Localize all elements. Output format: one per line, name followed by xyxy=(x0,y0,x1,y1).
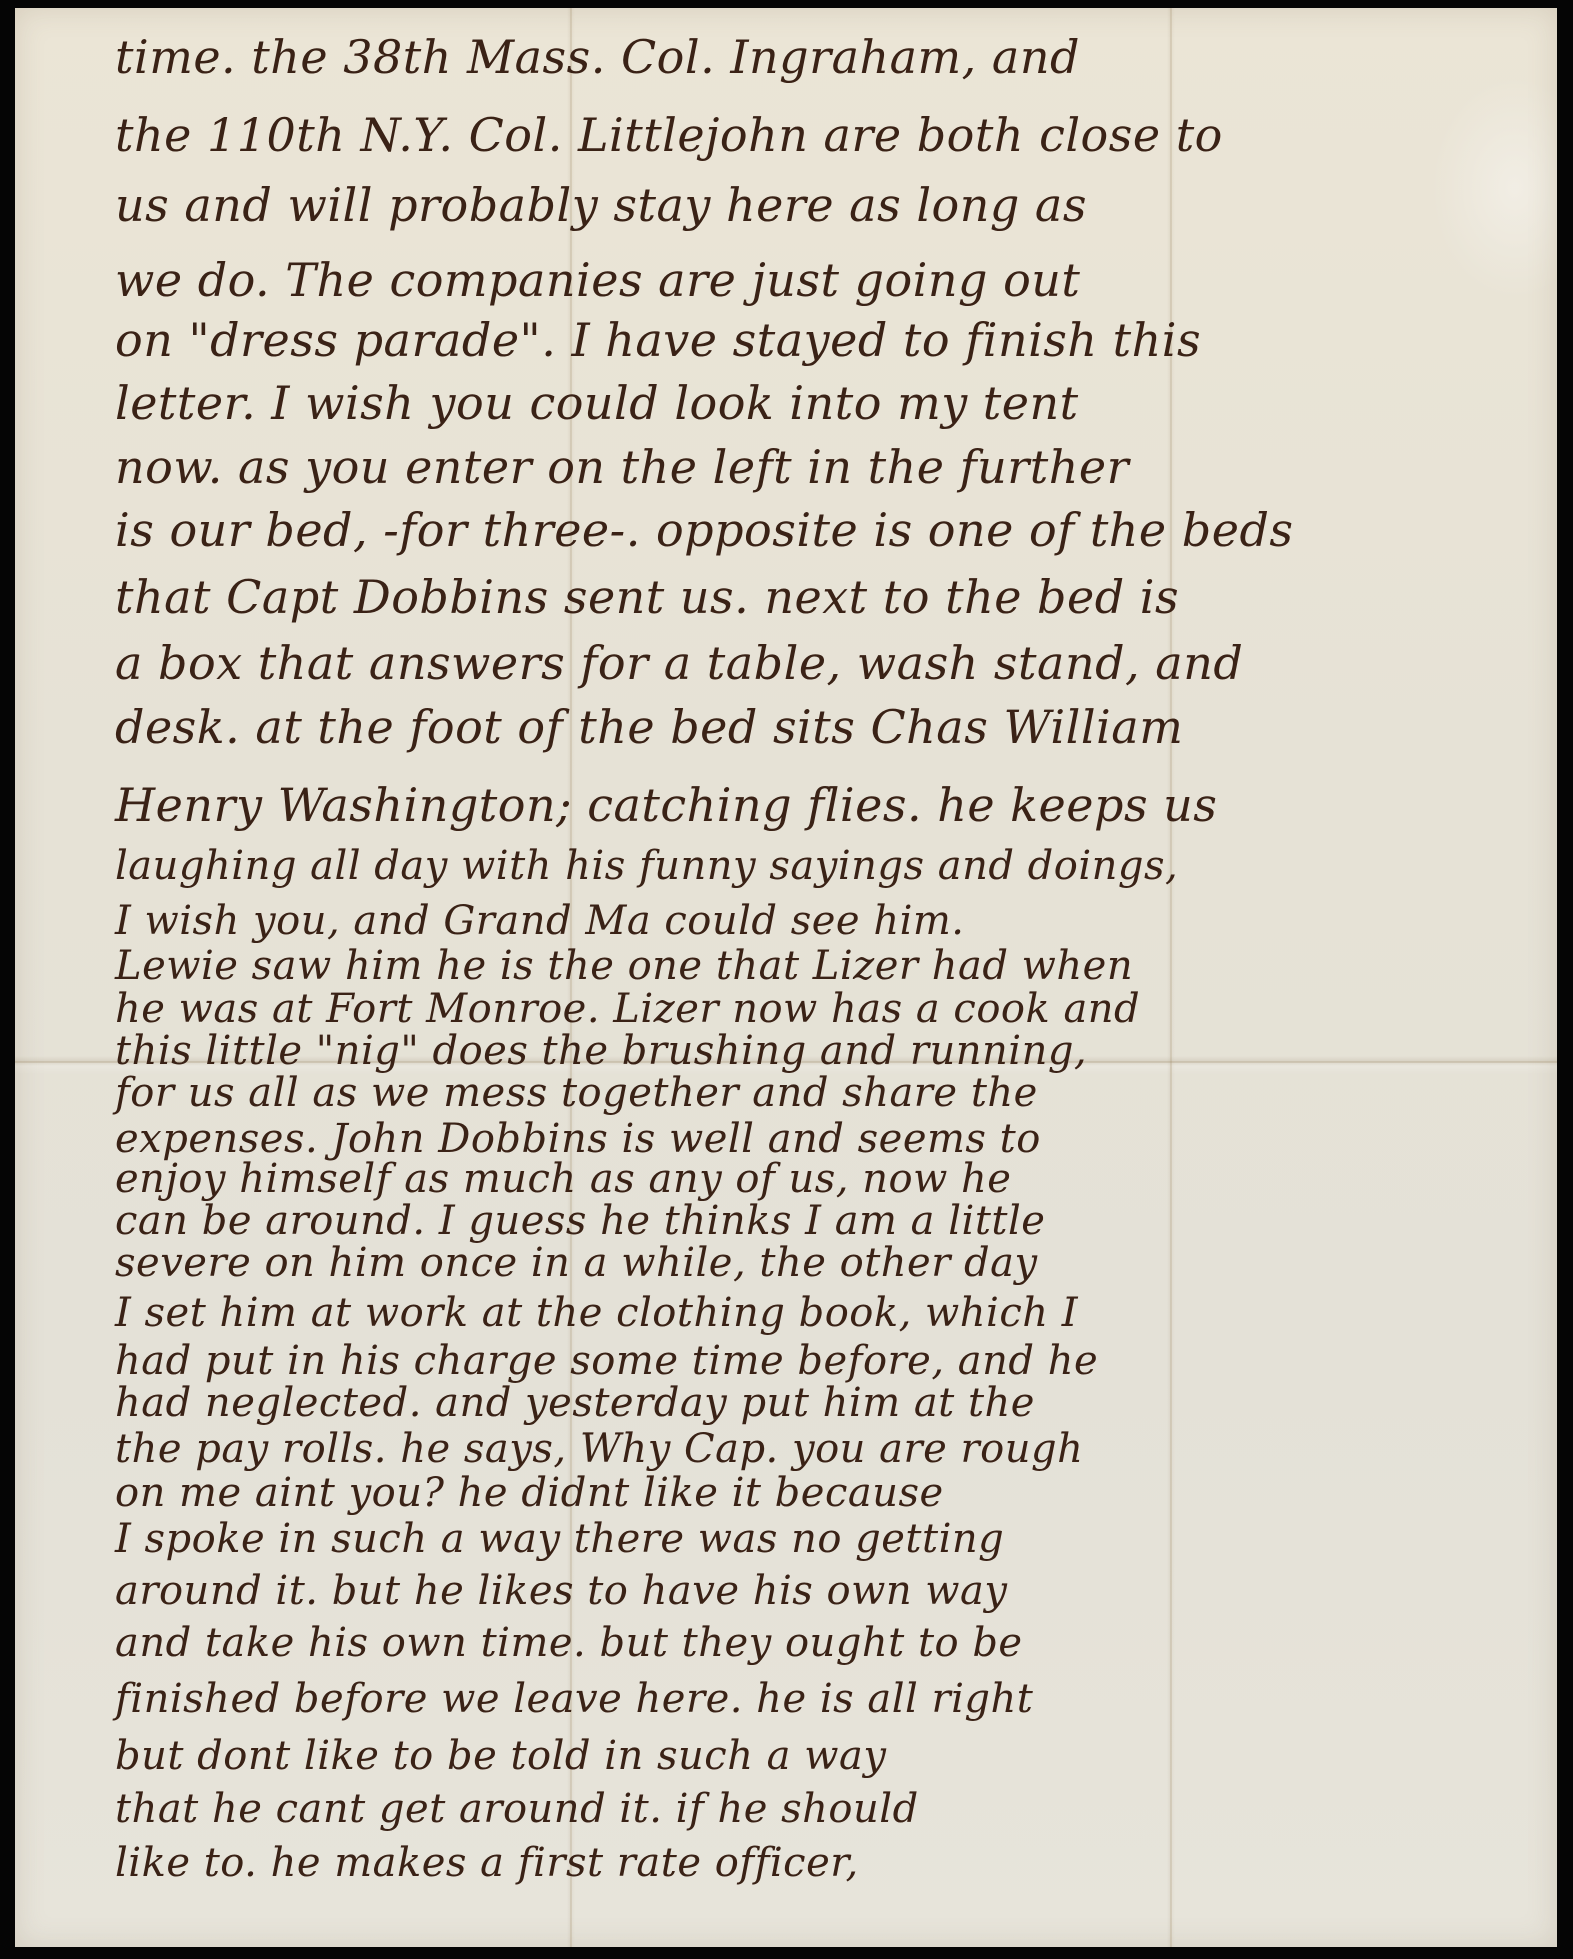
handwritten-line: he was at Fort Monroe. Lizer now has a c… xyxy=(115,986,1140,1032)
handwritten-line: I spoke in such a way there was no getti… xyxy=(115,1516,1004,1562)
handwritten-line: like to. he makes a first rate officer, xyxy=(115,1840,859,1886)
handwritten-line: the 110th N.Y. Col. Littlejohn are both … xyxy=(115,108,1223,162)
handwritten-line: severe on him once in a while, the other… xyxy=(115,1240,1038,1286)
handwritten-line: that Capt Dobbins sent us. next to the b… xyxy=(115,570,1179,624)
handwritten-line: now. as you enter on the left in the fur… xyxy=(115,440,1129,494)
handwritten-line: finished before we leave here. he is all… xyxy=(115,1676,1033,1722)
handwritten-line: enjoy himself as much as any of us, now … xyxy=(115,1156,1011,1202)
handwritten-line: us and will probably stay here as long a… xyxy=(115,178,1087,232)
handwritten-line: I wish you, and Grand Ma could see him. xyxy=(115,898,965,944)
handwritten-line: on "dress parade". I have stayed to fini… xyxy=(115,313,1201,367)
handwritten-line: time. the 38th Mass. Col. Ingraham, and xyxy=(115,30,1080,84)
handwritten-line: desk. at the foot of the bed sits Chas W… xyxy=(115,700,1183,754)
handwritten-line: letter. I wish you could look into my te… xyxy=(115,376,1079,430)
handwritten-line: had neglected. and yesterday put him at … xyxy=(115,1380,1035,1426)
handwritten-line: the pay rolls. he says, Why Cap. you are… xyxy=(115,1426,1083,1472)
handwritten-line: around it. but he likes to have his own … xyxy=(115,1568,1007,1614)
handwritten-line: is our bed, -for three-. opposite is one… xyxy=(115,503,1294,557)
handwritten-line: laughing all day with his funny sayings … xyxy=(115,843,1178,889)
handwritten-line: Lewie saw him he is the one that Lizer h… xyxy=(115,943,1133,989)
handwritten-line: I set him at work at the clothing book, … xyxy=(115,1290,1078,1336)
letter-page: time. the 38th Mass. Col. Ingraham, and … xyxy=(15,8,1557,1947)
handwritten-line: for us all as we mess together and share… xyxy=(115,1070,1038,1116)
handwritten-line: on me aint you? he didnt like it because xyxy=(115,1470,944,1516)
handwritten-line: this little "nig" does the brushing and … xyxy=(115,1028,1087,1074)
handwritten-line: that he cant get around it. if he should xyxy=(115,1786,919,1832)
handwritten-line: we do. The companies are just going out xyxy=(115,253,1080,307)
handwritten-line: had put in his charge some time before, … xyxy=(115,1338,1098,1384)
handwritten-line: but dont like to be told in such a way xyxy=(115,1733,886,1779)
vertical-fold-crease xyxy=(1170,8,1172,1947)
handwritten-line: a box that answers for a table, wash sta… xyxy=(115,636,1243,690)
handwritten-line: Henry Washington; catching flies. he kee… xyxy=(115,778,1217,832)
handwritten-line: and take his own time. but they ought to… xyxy=(115,1620,1023,1666)
handwritten-line: can be around. I guess he thinks I am a … xyxy=(115,1198,1045,1244)
